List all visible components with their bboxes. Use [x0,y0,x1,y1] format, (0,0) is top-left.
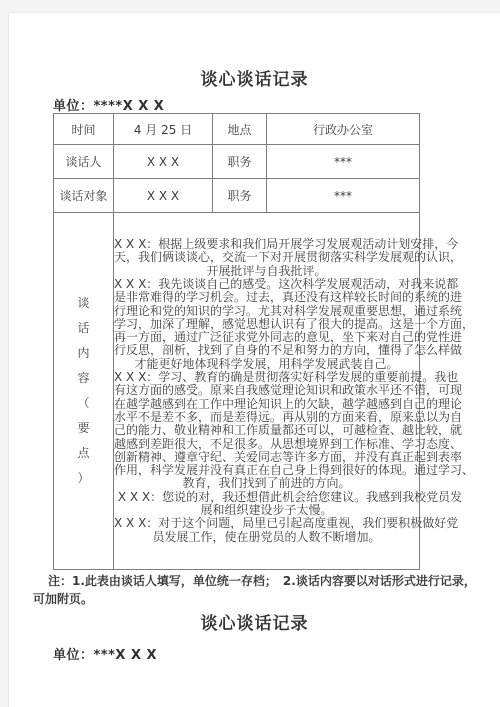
talk-record-table: 时间 4 月 25 日 地点 行政办公室 谈话人 X X X 职务 *** 谈话… [53,113,420,570]
table-row-time-place: 时间 4 月 25 日 地点 行政办公室 [54,114,420,145]
post-value: *** [267,179,420,213]
place-label: 地点 [213,114,267,145]
post-label: 职务 [213,179,267,213]
document-title: 谈心谈话记录 [9,65,500,90]
interviewer-value: X X X [114,145,213,179]
talk-content-text: X X X：根据上级要求和我们局开展学习发展观活动计划安排，今 天，我们俩谈谈心… [114,213,420,570]
interviewee-label: 谈话对象 [54,179,114,213]
time-value: 4 月 25 日 [114,114,213,145]
post-value: *** [267,145,420,179]
footnote: 注：1.此表由谈话人填写，单位统一存档； 2.谈话内容要以对话形式进行记录， 可… [33,573,476,608]
table-row-interviewee: 谈话对象 X X X 职务 *** [54,179,420,213]
interviewer-label: 谈话人 [54,145,114,179]
time-label: 时间 [54,114,114,145]
unit-line-second: 单位：***X X X [53,644,157,663]
post-label: 职务 [213,145,267,179]
table-row-interviewer: 谈话人 X X X 职务 *** [54,145,420,179]
document-title-second: 谈心谈话记录 [9,609,500,634]
interviewee-value: X X X [114,179,213,213]
place-value: 行政办公室 [267,114,420,145]
table-row-content: 谈 话 内 容 （ 要 点 ） X X X：根据上级要求和我们局开展学习发展观活… [54,213,420,570]
content-label-vertical: 谈 话 内 容 （ 要 点 ） [54,213,114,570]
unit-line: 单位：****X X X [53,95,164,114]
document-page: 谈心谈话记录 单位：****X X X 时间 4 月 25 日 地点 行政办公室… [9,13,500,707]
